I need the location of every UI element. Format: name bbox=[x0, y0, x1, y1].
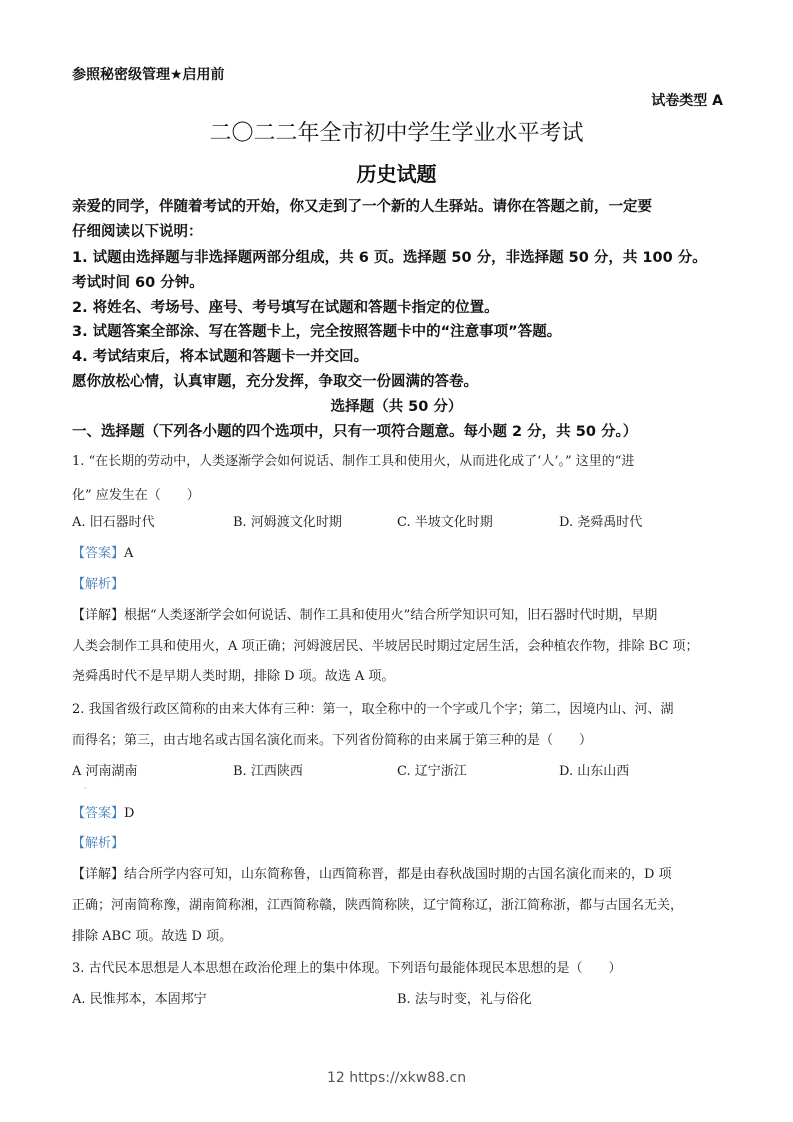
question-2-option-b: B. 江西陕西 bbox=[233, 760, 303, 779]
question-1-option-d: D. 尧舜禹时代 bbox=[559, 511, 642, 530]
question-1-stem-line-1: 1. “在长期的劳动中，人类逐渐学会如何说话、制作工具和使用火，从而进化成了‘人… bbox=[72, 450, 634, 469]
question-2-detail-line-2: 正确；河南简称豫，湖南简称湘，江西简称赣，陕西简称陕，辽宁简称辽，浙江简称浙，都… bbox=[72, 894, 683, 913]
exam-title: 二〇二二年全市初中学生学业水平考试 bbox=[0, 116, 793, 147]
intro-item-3: 3. 试题答案全部涂、写在答题卡上，完全按照答题卡中的“注意事项”答题。 bbox=[72, 320, 732, 341]
question-2-detail-line-1: 【详解】结合所学内容可知，山东简称鲁，山西简称晋，都是由春秋战国时期的古国名演化… bbox=[72, 863, 672, 882]
paper-type-label: 试卷类型 A bbox=[651, 90, 723, 110]
question-1-detail-line-2: 人类会制作工具和使用火，A 项正确；河姆渡居民、半坡居民时期过定居生活，会种植农… bbox=[72, 635, 699, 654]
question-1-option-a: A. 旧石器时代 bbox=[72, 511, 155, 530]
intro-closing: 愿你放松心情，认真审题，充分发挥，争取交一份圆满的答卷。 bbox=[72, 370, 732, 391]
question-2-stem-line-2: 而得名；第三，由古地名或古国名演化而来。下列省份简称的由来属于第三种的是（ ） bbox=[72, 729, 592, 748]
detail-text: 结合所学内容可知，山东简称鲁，山西简称晋，都是由春秋战国时期的古国名演化而来的，… bbox=[124, 867, 672, 882]
detail-tag: 【详解】 bbox=[72, 867, 124, 882]
intro-item-1: 1. 试题由选择题与非选择题两部分组成，共 6 页。选择题 50 分，非选择题 … bbox=[72, 246, 732, 267]
answer-value: D bbox=[124, 806, 134, 821]
detail-text: 根据“人类逐渐学会如何说话、制作工具和使用火”结合所学知识可知，旧石器时代时期，… bbox=[124, 608, 657, 623]
confidential-label: 参照秘密级管理★启用前 bbox=[72, 64, 225, 84]
question-1-detail-line-1: 【详解】根据“人类逐渐学会如何说话、制作工具和使用火”结合所学知识可知，旧石器时… bbox=[72, 604, 657, 623]
question-1-stem-line-2: 化” 应发生在（ ） bbox=[72, 484, 200, 503]
question-1-detail-line-3: 尧舜禹时代不是早期人类时期，排除 D 项。故选 A 项。 bbox=[72, 665, 394, 684]
question-2-option-c: C. 辽宁浙江 bbox=[397, 760, 467, 779]
answer-value: A bbox=[124, 546, 133, 561]
question-2-option-a: A 河南湖南 bbox=[72, 760, 138, 779]
intro-line-1: 亲爱的同学，伴随着考试的开始，你又走到了一个新的人生驿站。请你在答题之前，一定要 bbox=[72, 195, 732, 216]
question-1-option-c: C. 半坡文化时期 bbox=[397, 511, 493, 530]
question-2-analysis-tag: 【解析】 bbox=[72, 832, 124, 851]
question-3-option-a: A. 民惟邦本，本固邦宁 bbox=[72, 988, 207, 1007]
answer-tag: 【答案】 bbox=[72, 806, 124, 821]
intro-line-2: 仔细阅读以下说明： bbox=[72, 220, 732, 241]
question-2-option-d: D. 山东山西 bbox=[559, 760, 629, 779]
section-title: 选择题（共 50 分） bbox=[0, 395, 793, 416]
detail-tag: 【详解】 bbox=[72, 608, 124, 623]
question-3-stem-line-1: 3. 古代民本思想是人本思想在政治伦理上的集中体现。下列语句最能体现民本思想的是… bbox=[72, 957, 622, 976]
question-2-stem-line-1: 2. 我国省级行政区简称的由来大体有三种：第一，取全称中的一个字或几个字；第二，… bbox=[72, 698, 674, 717]
page-footer: 12 https://xkw88.cn bbox=[0, 1070, 793, 1086]
question-3-option-b: B. 法与时变，礼与俗化 bbox=[397, 988, 532, 1007]
question-1-analysis-tag: 【解析】 bbox=[72, 573, 124, 592]
intro-item-1-cont: 考试时间 60 分钟。 bbox=[72, 271, 732, 292]
question-2-answer: 【答案】D bbox=[72, 802, 134, 821]
stray-dot: · bbox=[84, 784, 87, 793]
exam-subtitle: 历史试题 bbox=[0, 158, 793, 187]
question-2-detail-line-3: 排除 ABC 项。故选 D 项。 bbox=[72, 925, 232, 944]
intro-item-2: 2. 将姓名、考场号、座号、考号填写在试题和答题卡指定的位置。 bbox=[72, 296, 732, 317]
question-1-option-b: B. 河姆渡文化时期 bbox=[233, 511, 342, 530]
question-1-answer: 【答案】A bbox=[72, 542, 133, 561]
section-instructions: 一、选择题（下列各小题的四个选项中，只有一项符合题意。每小题 2 分，共 50 … bbox=[72, 420, 732, 441]
answer-tag: 【答案】 bbox=[72, 546, 124, 561]
intro-item-4: 4. 考试结束后，将本试题和答题卡一并交回。 bbox=[72, 345, 732, 366]
exam-page: 参照秘密级管理★启用前 试卷类型 A 二〇二二年全市初中学生学业水平考试 历史试… bbox=[0, 0, 793, 1122]
